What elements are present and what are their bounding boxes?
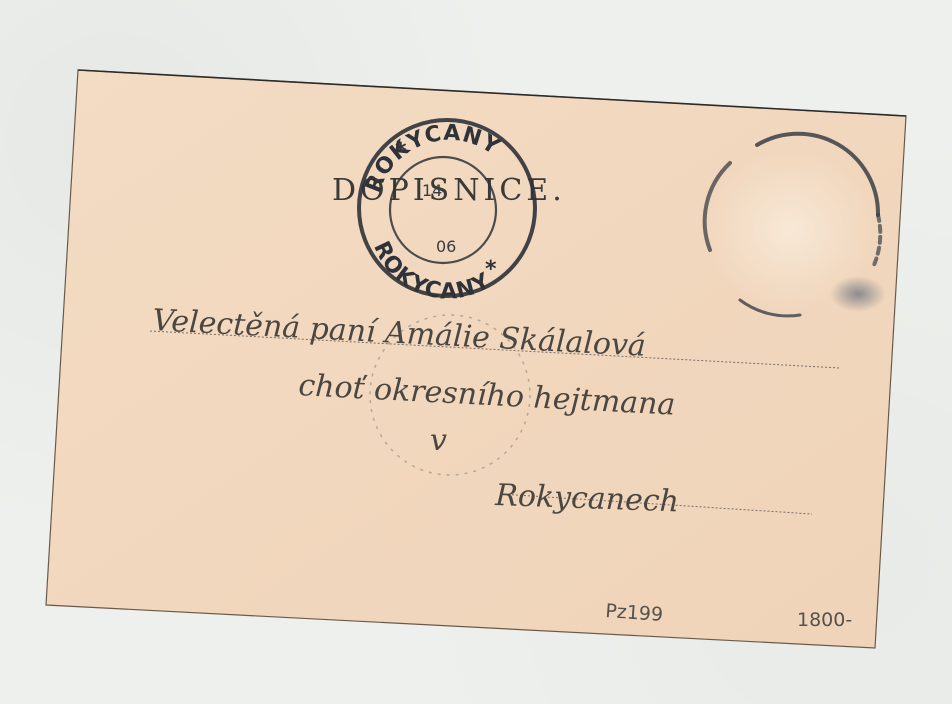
- postcard: DOPISNICE. ROKYCANY ROKYCANY * * 14 06 V…: [0, 0, 952, 704]
- address-line-3: v: [430, 423, 447, 458]
- pencil-catalog-code: Pz199: [605, 600, 664, 626]
- postmark-star: *: [485, 257, 498, 282]
- postmark-star: *: [395, 139, 408, 164]
- postmark-date-year: 06: [436, 237, 456, 256]
- address-line-4: Rokycanech: [494, 478, 680, 519]
- postmark-date-day: 14: [422, 181, 442, 200]
- pencil-price: 1800-: [797, 609, 852, 631]
